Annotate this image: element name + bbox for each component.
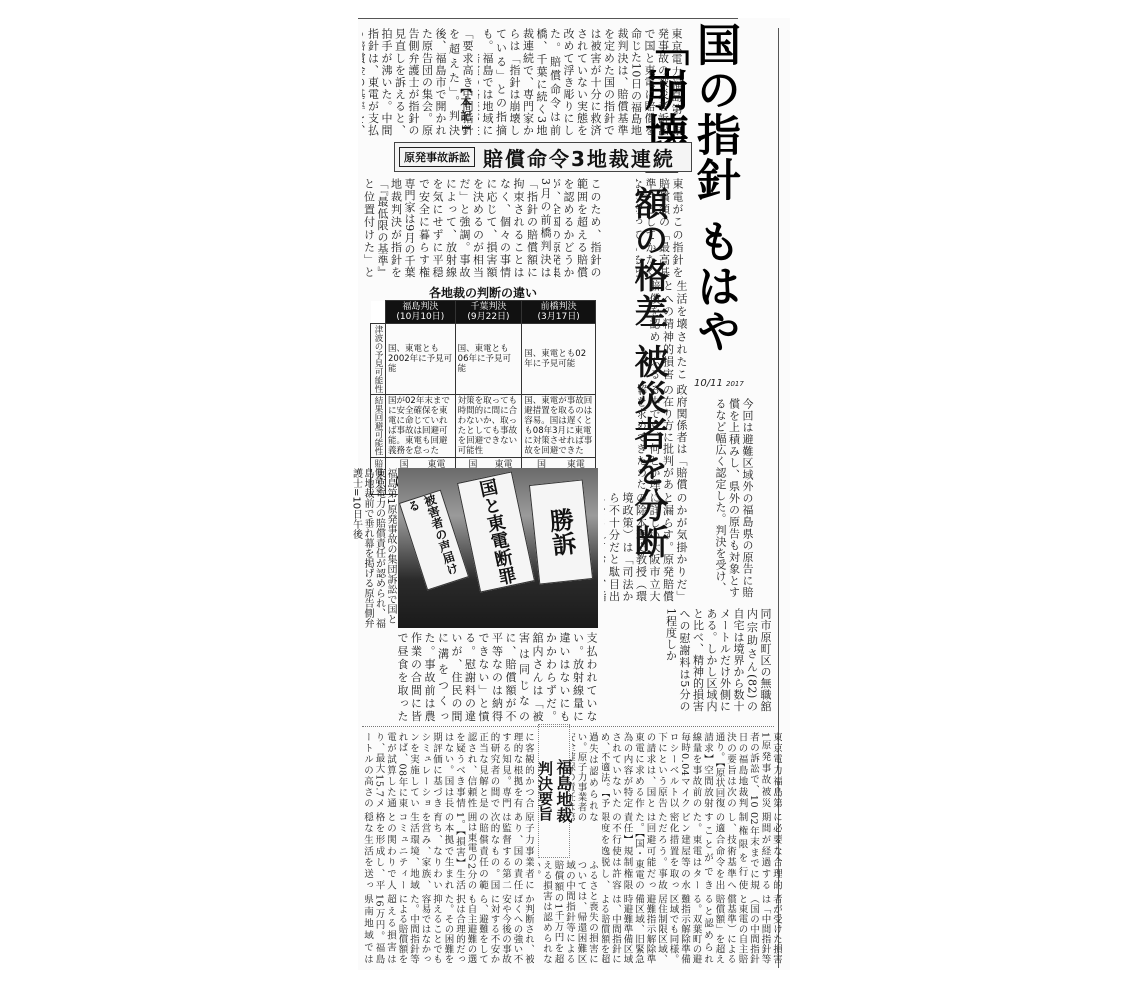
- headline: 国の指針 もはや「崩壊」: [688, 22, 740, 387]
- row-label: 結果回避可能性: [371, 395, 386, 458]
- comparison-table: 各地裁の判断の違い 福島判決 (10月10日) 千葉判決 (9月22日) 前橋判…: [370, 284, 596, 460]
- summary-column: に客観的かつ合理的な根拠を有する知見。専門的研究者の間で正当な見解と是認され、信…: [362, 732, 534, 808]
- banner-title: 賠償命令3地裁連続: [483, 143, 675, 172]
- section-banner: 原発事故訴訟 賠償命令3地裁連続: [394, 142, 692, 172]
- table-row: 結果回避可能性 国が02年末までに安全確保を東電に命じていれば事故は回避可能。東…: [371, 395, 596, 458]
- summary-column: 過失は認められない。原子力事業者の安全確保の責任は第一次的に: [572, 732, 598, 822]
- table-row: 津波の予見可能性 国、東電とも2002年に予見可能 国、東電とも06年に予見可能…: [371, 324, 596, 395]
- table-cell: 国、東電とも2002年に予見可能: [386, 324, 456, 395]
- table-cell: 対策を取っても時間的に間に合わないか、取ったとしても事故を回避できない可能性: [455, 395, 522, 458]
- body-column: 3月の前橋判決は「指針の賠償額に拘束されることはなく、個々の事情に応じて、損害額…: [418, 178, 552, 278]
- newspaper-clipping: 国の指針 もはや「崩壊」 10/11 2017 東京電力福島第1原発事故の被災者…: [358, 18, 790, 970]
- ruling-summary-label: 福島地裁 判決要旨: [538, 724, 570, 858]
- body-column: 今回は避難区域外の福島県の原告に賠償を上積みし、県外の原告も対象とするなど幅広く…: [692, 398, 754, 598]
- column-header: 千葉判決 (9月22日): [455, 301, 522, 324]
- lead-paragraph: 東京電力福島第1原発事故の被災者訴訟で国と東電に賠償を命じた10日の福島地裁判決…: [478, 28, 683, 136]
- summary-column: か判断され、被ばくへの強い不安や今後の事故に対する不安から、避難をしても自主避難…: [362, 894, 534, 964]
- body-column: 専門家は9月の千葉地裁判決が指針を「『最低限の基準』と位置付けた」と評価。強制避…: [362, 178, 416, 278]
- news-photo: 勝訴 国と東電断罪 被害者の声届ける: [398, 468, 598, 628]
- summary-column: ふるさと喪失の損害については、帰還困難区域の中間指針等による賠償額の1千万円を超…: [538, 860, 598, 964]
- body-column: 支払われていない。放射線量に違いはないにもかかわらずだ。舘内さんは「被害は同じな…: [398, 632, 598, 722]
- table-cell: 国が02年末までに安全確保を東電に命じていれば事故は回避可能。東電も回避義務を怠…: [386, 395, 456, 458]
- column-header: 前橋判決 (3月17日): [522, 301, 596, 324]
- table-cell: 国、東電が事故回避措置を取るのは容易。国は遅くとも08年3月に東電に対策させれば…: [522, 395, 596, 458]
- sign-kuni-to-toden: 国と東電断罪: [457, 471, 535, 592]
- photo-caption: 福島第1原発事故の集団訴訟で国と東京電力の賠償責任が認められ、福島地裁前で垂れ幕…: [362, 468, 396, 628]
- body-column: このため、指針の範囲を超える賠償を認めるかどうかが、全国の原発集団訴訟の大きな争…: [554, 178, 602, 278]
- summary-column: 原子力事業者にあり、国の責任は監督する第二次的なもの。国の賠償責任の範囲は東電の…: [362, 812, 534, 890]
- table-title: 各地裁の判断の違い: [370, 284, 596, 300]
- column-header: 福島判決 (10月10日): [386, 301, 456, 324]
- handwritten-date: 10/11 2017: [694, 378, 744, 389]
- sign-voice: 被害者の声届ける: [399, 489, 469, 590]
- table-cell: 国、東電とも06年に予見可能: [455, 324, 522, 395]
- body-column: 同市原町区の無職舘内宗助さん(82)の自宅は境界から数十メートルだけ外側にある。…: [602, 608, 772, 712]
- court-comparison-table: 福島判決 (10月10日) 千葉判決 (9月22日) 前橋判決 (3月17日) …: [370, 300, 596, 495]
- summary-column: 者が受けた損害は「中間指針等（国の中間指針と東電の自主賠償基準）による賠償額」を…: [602, 894, 782, 964]
- banner-tag: 原発事故訴訟: [399, 147, 475, 167]
- row-label: 津波の予見可能性: [371, 324, 386, 395]
- reference-tag: 【本記1面】: [458, 82, 472, 132]
- body-column: のかが気掛かりだ」と漏らす。原発賠償に詳しい大阪市立大の除本理史教授（環境政策）…: [604, 492, 688, 602]
- top-rule: [358, 18, 738, 19]
- summary-column: 東京電力福島第1原発事故被災者の訴訟で、10日の福島地裁判決の要旨は次の通り。【…: [602, 732, 782, 808]
- body-column: 生活を壊されたことへの精神的損害賠償を認め「ふるさと喪失慰謝料」の支払いを命じた…: [648, 280, 688, 380]
- table-cell: 国、東電とも02年に予見可能: [522, 324, 596, 395]
- body-column: 政府関係者は「賠償の在り方に批判がある中でも、何とか理解を求めてきたのだが」と不…: [638, 384, 688, 490]
- summary-column: に必要な合理的期間が経過する02年末までに規制権限を行使し、技術基準への適合命令…: [602, 812, 782, 890]
- sign-katsuso: 勝訴: [529, 479, 593, 584]
